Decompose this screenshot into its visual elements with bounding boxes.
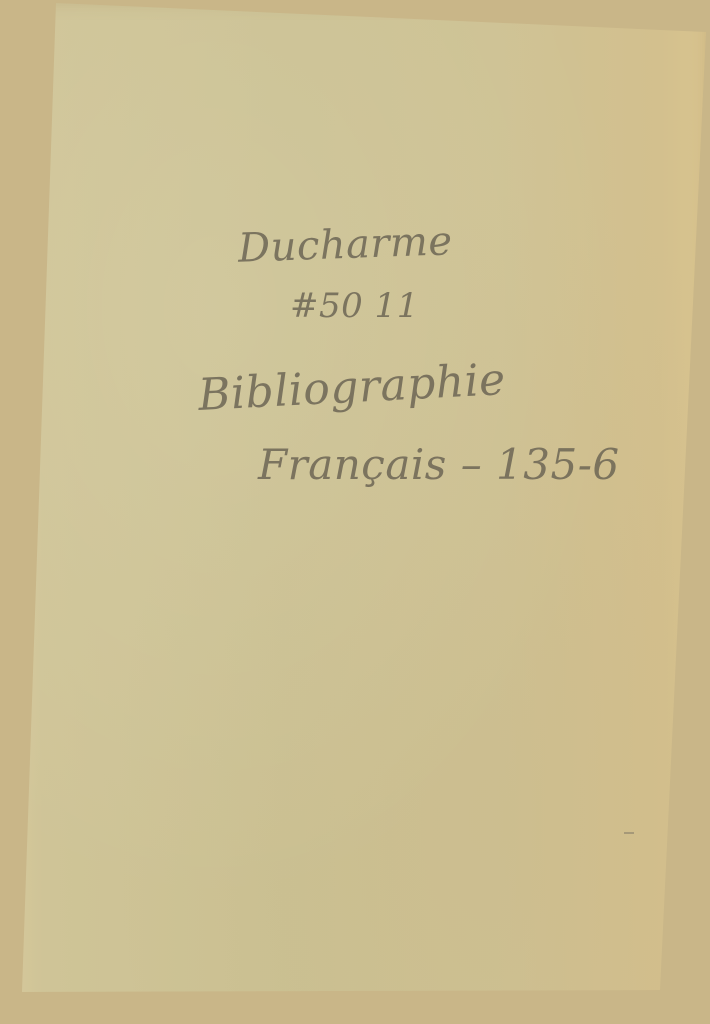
handwritten-author-name: Ducharme <box>237 218 453 271</box>
paper-sheet <box>0 0 710 1024</box>
handwritten-subject-line-2: Français – 135-6 <box>258 440 620 489</box>
handwritten-catalog-number: #50 11 <box>290 286 419 326</box>
pencil-mark <box>624 832 634 834</box>
